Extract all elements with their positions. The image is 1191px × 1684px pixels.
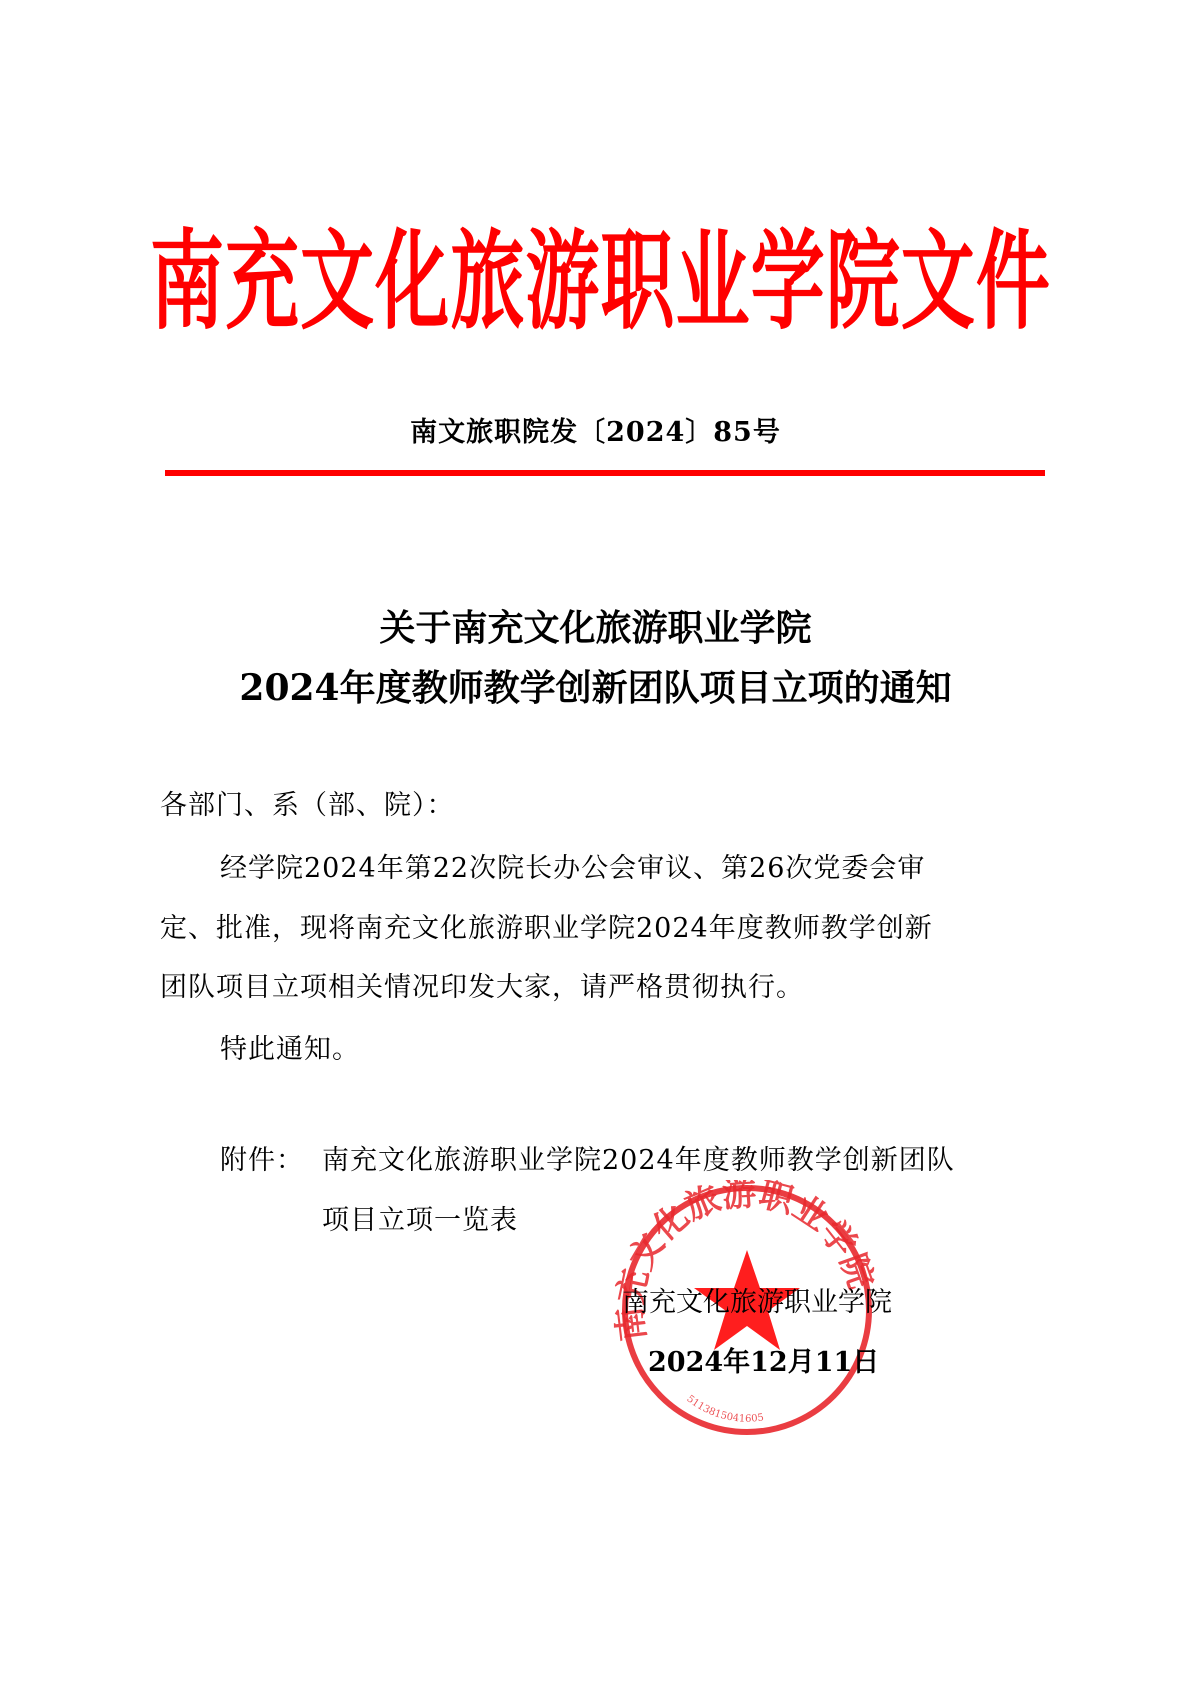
notice-title-line2: 2024年度教师教学创新团队项目立项的通知 (0, 660, 1191, 711)
masthead-char: 游 (525, 195, 599, 369)
masthead: 南 充 文 化 旅 游 职 业 学 院 文 件 (150, 222, 1050, 342)
salutation: 各部门、系（部、院）： (160, 783, 1060, 822)
closing-text: 特此通知。 (220, 1027, 1120, 1066)
signature-organization: 南充文化旅游职业学院 (622, 1280, 892, 1319)
red-divider (165, 470, 1045, 476)
masthead-char: 文 (300, 195, 374, 369)
masthead-char: 充 (225, 195, 299, 369)
masthead-char: 院 (826, 195, 900, 369)
signature-date: 2024年12月11日 (648, 1340, 879, 1379)
body-line: 经学院2024年第22次院长办公会审议、第26次党委会审 (220, 846, 1120, 885)
document-number: 南文旅职院发〔2024〕85号 (0, 410, 1191, 449)
masthead-char: 业 (676, 195, 750, 369)
masthead-char: 旅 (450, 195, 524, 369)
masthead-char: 职 (600, 195, 674, 369)
body-line: 定、批准，现将南充文化旅游职业学院2024年度教师教学创新 (160, 906, 1060, 945)
masthead-char: 化 (375, 195, 449, 369)
attachment-link[interactable]: 南充文化旅游职业学院2024年度教师教学创新团队 (322, 1138, 1191, 1177)
masthead-char: 文 (901, 195, 975, 369)
masthead-char: 件 (976, 195, 1050, 369)
notice-title-line1: 关于南充文化旅游职业学院 (0, 600, 1191, 651)
masthead-char: 南 (150, 195, 224, 369)
body-line: 团队项目立项相关情况印发大家，请严格贯彻执行。 (160, 965, 1060, 1004)
masthead-char: 学 (751, 195, 825, 369)
